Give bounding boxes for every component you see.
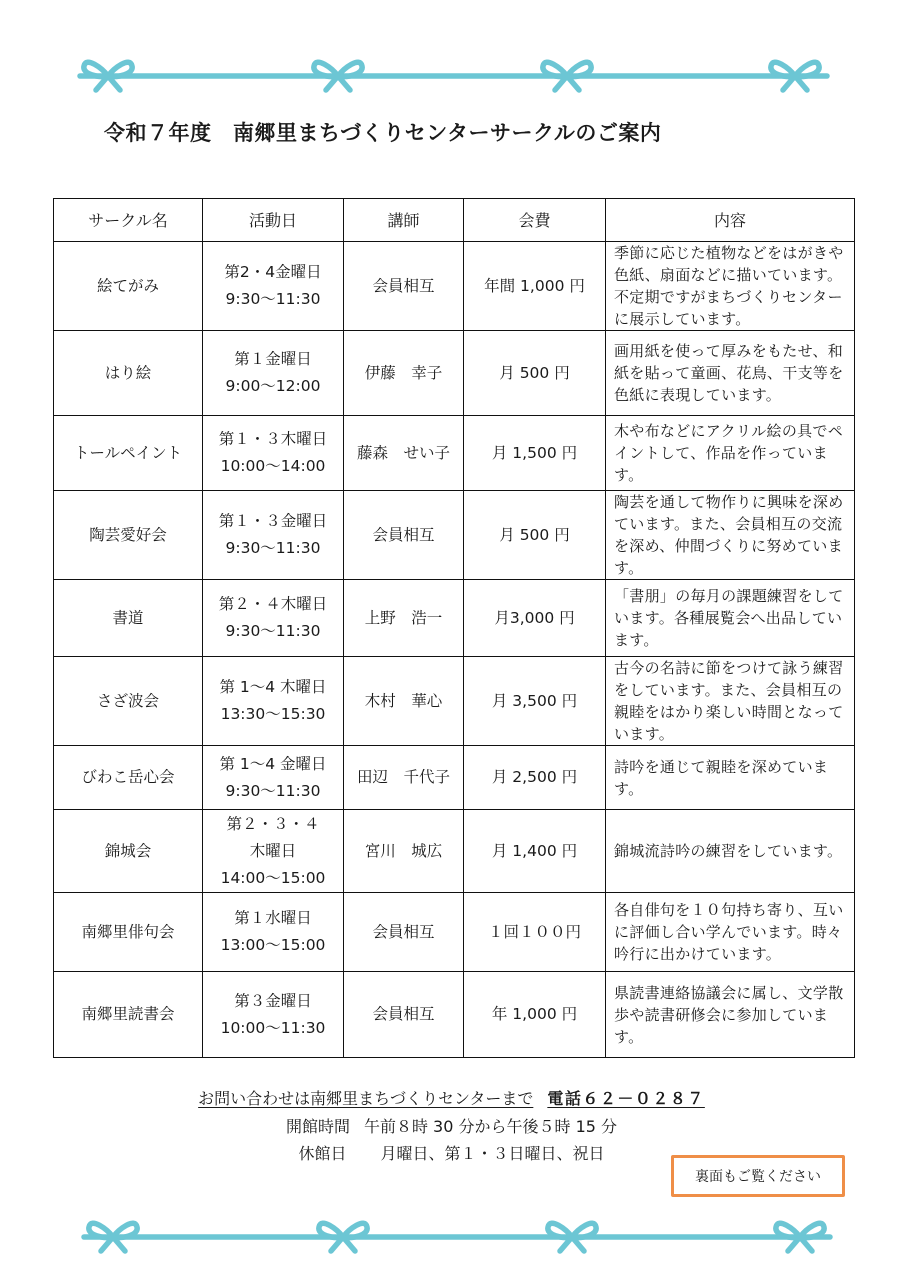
instructor: 伊藤 幸子 <box>344 331 464 416</box>
fee: 月 500 円 <box>464 331 606 416</box>
circle-table: サークル名 活動日 講師 会費 内容 絵てがみ 第2・4金曜日9:30～11:3… <box>53 198 855 1058</box>
description: 画用紙を使って厚みをもたせ、和紙を貼って童画、花鳥、干支等を色紙に表現しています… <box>606 331 855 416</box>
contact-info: お問い合わせは南郷里まちづくりセンターまで電話６２－０２８７ <box>198 1089 705 1108</box>
fee: 月 1,400 円 <box>464 810 606 893</box>
schedule-day: 第１・３木曜日 <box>203 426 343 453</box>
instructor: 上野 浩一 <box>344 580 464 657</box>
schedule: 第２・３・４木曜日14:00～15:00 <box>203 810 344 893</box>
circle-name: 南郷里俳句会 <box>54 893 203 972</box>
fee: １回１００円 <box>464 893 606 972</box>
schedule: 第３金曜日10:00～11:30 <box>203 972 344 1058</box>
header-description: 内容 <box>606 199 855 242</box>
instructor: 会員相互 <box>344 972 464 1058</box>
schedule-time: 10:00～11:30 <box>203 1015 343 1042</box>
bow-icon <box>84 62 132 90</box>
instructor: 木村 華心 <box>344 657 464 746</box>
schedule-day: 第２・４木曜日 <box>203 591 343 618</box>
description: 「書朋」の毎月の課題練習をしています。各種展覧会へ出品しています。 <box>606 580 855 657</box>
instructor: 会員相互 <box>344 491 464 580</box>
fee: 月 3,500 円 <box>464 657 606 746</box>
bow-icon <box>89 1223 137 1251</box>
schedule-time: 9:30～11:30 <box>203 778 343 805</box>
schedule-day: 第2・4金曜日 <box>203 259 343 286</box>
fee: 月 2,500 円 <box>464 746 606 810</box>
opening-hours: 開館時間午前８時 30 分から午後５時 15 分 <box>0 1114 903 1137</box>
schedule-day: 第２・３・４ <box>203 811 343 838</box>
description: 各自俳句を１０句持ち寄り、互いに評価し合い学んでいます。時々吟行に出かけています… <box>606 893 855 972</box>
schedule: 第 1～4 金曜日9:30～11:30 <box>203 746 344 810</box>
description: 陶芸を通して物作りに興味を深めています。また、会員相互の交流を深め、仲間づくりに… <box>606 491 855 580</box>
table-row: 南郷里読書会 第３金曜日10:00～11:30 会員相互 年 1,000 円 県… <box>54 972 855 1058</box>
ribbon-bow-divider-bottom <box>0 1207 903 1267</box>
schedule-time: 9:30～11:30 <box>203 286 343 313</box>
table-row: 絵てがみ 第2・4金曜日9:30～11:30 会員相互 年間 1,000 円 季… <box>54 242 855 331</box>
header-schedule: 活動日 <box>203 199 344 242</box>
circle-name: 錦城会 <box>54 810 203 893</box>
schedule: 第１・３金曜日9:30～11:30 <box>203 491 344 580</box>
circle-name: 南郷里読書会 <box>54 972 203 1058</box>
closed-value: 月曜日、第１・３日曜日、祝日 <box>381 1144 605 1163</box>
schedule-time: 13:00～15:00 <box>203 932 343 959</box>
bow-icon <box>776 1223 824 1251</box>
contact-text: お問い合わせは南郷里まちづくりセンターまで <box>198 1089 533 1108</box>
fee: 月3,000 円 <box>464 580 606 657</box>
hours-label: 開館時間 <box>286 1117 350 1136</box>
circle-name: 陶芸愛好会 <box>54 491 203 580</box>
fee: 年 1,000 円 <box>464 972 606 1058</box>
table-row: トールペイント 第１・３木曜日10:00～14:00 藤森 せい子 月 1,50… <box>54 416 855 491</box>
page-title: 令和７年度 南郷里まちづくりセンターサークルのご案内 <box>104 117 661 147</box>
schedule-day: 第１金曜日 <box>203 346 343 373</box>
schedule-time: 9:30～11:30 <box>203 618 343 645</box>
table-row: 南郷里俳句会 第１水曜日13:00～15:00 会員相互 １回１００円 各自俳句… <box>54 893 855 972</box>
schedule-time: 9:30～11:30 <box>203 535 343 562</box>
schedule-time: 10:00～14:00 <box>203 453 343 480</box>
description: 木や布などにアクリル絵の具でペイントして、作品を作っています。 <box>606 416 855 491</box>
see-reverse-side-note: 裏面もご覧ください <box>671 1155 845 1197</box>
bow-icon <box>548 1223 596 1251</box>
circle-name: 書道 <box>54 580 203 657</box>
schedule: 第１・３木曜日10:00～14:00 <box>203 416 344 491</box>
table-row: びわこ岳心会 第 1～4 金曜日9:30～11:30 田辺 千代子 月 2,50… <box>54 746 855 810</box>
schedule: 第１水曜日13:00～15:00 <box>203 893 344 972</box>
schedule-weekday: 木曜日 <box>203 838 343 865</box>
circle-name: びわこ岳心会 <box>54 746 203 810</box>
schedule-time: 14:00～15:00 <box>203 865 343 892</box>
bow-icon <box>314 62 362 90</box>
schedule: 第１金曜日9:00～12:00 <box>203 331 344 416</box>
instructor: 会員相互 <box>344 242 464 331</box>
schedule-day: 第 1～4 木曜日 <box>203 674 343 701</box>
table-row: 陶芸愛好会 第１・３金曜日9:30～11:30 会員相互 月 500 円 陶芸を… <box>54 491 855 580</box>
ribbon-bow-divider-top <box>0 46 903 106</box>
schedule-day: 第 1～4 金曜日 <box>203 751 343 778</box>
instructor: 藤森 せい子 <box>344 416 464 491</box>
circle-name: さざ波会 <box>54 657 203 746</box>
description: 詩吟を通じて親睦を深めています。 <box>606 746 855 810</box>
circle-name: トールペイント <box>54 416 203 491</box>
schedule: 第2・4金曜日9:30～11:30 <box>203 242 344 331</box>
closed-label: 休館日 <box>298 1144 346 1163</box>
instructor: 宮川 城広 <box>344 810 464 893</box>
hours-value: 午前８時 30 分から午後５時 15 分 <box>364 1117 617 1136</box>
schedule-day: 第３金曜日 <box>203 988 343 1015</box>
description: 古今の名詩に節をつけて詠う練習をしています。また、会員相互の親睦をはかり楽しい時… <box>606 657 855 746</box>
circle-name: はり絵 <box>54 331 203 416</box>
table-header-row: サークル名 活動日 講師 会費 内容 <box>54 199 855 242</box>
bow-icon <box>543 62 591 90</box>
instructor: 田辺 千代子 <box>344 746 464 810</box>
schedule-day: 第１水曜日 <box>203 905 343 932</box>
table-row: 錦城会 第２・３・４木曜日14:00～15:00 宮川 城広 月 1,400 円… <box>54 810 855 893</box>
circle-name: 絵てがみ <box>54 242 203 331</box>
description: 錦城流詩吟の練習をしています。 <box>606 810 855 893</box>
header-instructor: 講師 <box>344 199 464 242</box>
bow-icon <box>771 62 819 90</box>
schedule: 第 1～4 木曜日13:30～15:30 <box>203 657 344 746</box>
table-row: 書道 第２・４木曜日9:30～11:30 上野 浩一 月3,000 円 「書朋」… <box>54 580 855 657</box>
schedule-time: 13:30～15:30 <box>203 701 343 728</box>
fee: 月 500 円 <box>464 491 606 580</box>
description: 季節に応じた植物などをはがきや色紙、扇面などに描いています。不定期ですがまちづく… <box>606 242 855 331</box>
header-circle-name: サークル名 <box>54 199 203 242</box>
instructor: 会員相互 <box>344 893 464 972</box>
table-row: さざ波会 第 1～4 木曜日13:30～15:30 木村 華心 月 3,500 … <box>54 657 855 746</box>
table-row: はり絵 第１金曜日9:00～12:00 伊藤 幸子 月 500 円 画用紙を使っ… <box>54 331 855 416</box>
header-fee: 会費 <box>464 199 606 242</box>
contact-line: お問い合わせは南郷里まちづくりセンターまで電話６２－０２８７ <box>0 1086 903 1109</box>
schedule-time: 9:00～12:00 <box>203 373 343 400</box>
fee: 月 1,500 円 <box>464 416 606 491</box>
description: 県読書連絡協議会に属し、文学散歩や読書研修会に参加しています。 <box>606 972 855 1058</box>
bow-icon <box>319 1223 367 1251</box>
schedule-day: 第１・３金曜日 <box>203 508 343 535</box>
schedule: 第２・４木曜日9:30～11:30 <box>203 580 344 657</box>
fee: 年間 1,000 円 <box>464 242 606 331</box>
phone-number: 電話６２－０２８７ <box>547 1089 705 1108</box>
